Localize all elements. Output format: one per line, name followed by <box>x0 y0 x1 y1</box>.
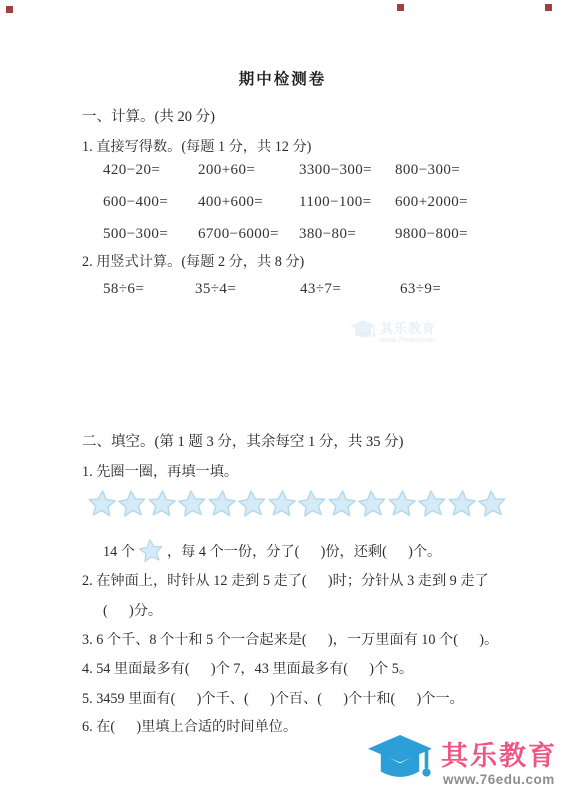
calc-vertical-label: 2. 用竖式计算。(每题 2 分，共 8 分) <box>82 251 304 271</box>
fill-blank-item-5: 5. 3459 里面有( )个千、( )个百、( )个十和( )个一。 <box>82 688 464 708</box>
equation: 6700−6000= <box>198 226 299 243</box>
equation: 35÷4= <box>195 281 300 298</box>
fill-blank-item-3: 3. 6 个千、8 个十和 5 个一合起来是( )，一万里面有 10 个( )。 <box>82 629 498 649</box>
star-icon <box>326 488 358 520</box>
mental-math-grid: 420−20= 200+60= 3300−300= 800−300= 600−4… <box>103 162 468 258</box>
star-icon <box>386 488 418 520</box>
equation: 63÷9= <box>400 281 441 298</box>
equation: 420−20= <box>103 162 198 179</box>
equation: 43÷7= <box>300 281 400 298</box>
equation: 3300−300= <box>299 162 395 179</box>
equation: 58÷6= <box>103 281 195 298</box>
watermark-brand-url: www.76edu.com <box>380 336 435 345</box>
equation: 1100−100= <box>299 194 395 211</box>
equation: 600−400= <box>103 194 198 211</box>
scan-artifact-mark <box>545 4 552 11</box>
star-icon <box>296 488 329 521</box>
fill-blank-item-1-label: 1. 先圈一圈，再填一填。 <box>82 461 238 481</box>
scan-artifact-mark <box>397 4 404 11</box>
star-icon <box>116 488 149 521</box>
item-1-line-suffix: ，每 4 个一份，分了( )份，还剩( )个。 <box>167 541 441 561</box>
equation: 800−300= <box>395 162 468 179</box>
inline-star-icon <box>137 537 166 566</box>
star-icon <box>236 488 269 521</box>
page-title: 期中检测卷 <box>0 67 565 89</box>
fill-blank-item-2-line-2: ( )分。 <box>103 600 162 620</box>
item-1-line-prefix: 14 个 <box>103 541 135 561</box>
equation: 400+600= <box>198 194 299 211</box>
star-icon <box>176 488 209 521</box>
star-icon <box>266 488 298 520</box>
star-icon <box>416 488 449 521</box>
watermark-brand-name: 其乐教育 <box>380 322 436 336</box>
calc-write-answers-label: 1. 直接写得数。(每题 1 分，共 12 分) <box>82 136 311 156</box>
section-1-header: 一、计算。(共 20 分) <box>82 105 215 126</box>
watermark-logo: 其乐教育 www.76edu.com <box>350 320 436 347</box>
star-icon <box>206 488 238 520</box>
section-2-header: 二、填空。(第 1 题 3 分，其余每空 1 分，共 35 分) <box>82 430 403 451</box>
fill-blank-item-1-line: 14 个 ，每 4 个一份，分了( )份，还剩( )个。 <box>103 538 441 564</box>
exam-page: 期中检测卷 一、计算。(共 20 分) 1. 直接写得数。(每题 1 分，共 1… <box>0 0 565 800</box>
equation: 600+2000= <box>395 194 468 211</box>
fill-blank-item-6: 6. 在( )里填上合适的时间单位。 <box>82 716 297 736</box>
brand-url: www.76edu.com <box>443 771 555 788</box>
brand-name: 其乐教育 <box>441 741 557 771</box>
star-icon <box>446 488 478 520</box>
scan-artifact-mark <box>6 6 13 13</box>
stars-row <box>87 488 507 520</box>
division-row: 58÷6= 35÷4= 43÷7= 63÷9= <box>103 281 441 298</box>
equation: 9800−800= <box>395 226 468 243</box>
equation: 380−80= <box>299 226 395 243</box>
star-icon <box>476 488 509 521</box>
fill-blank-item-4: 4. 54 里面最多有( )个 7，43 里面最多有( )个 5。 <box>82 658 413 678</box>
equation: 200+60= <box>198 162 299 179</box>
equation: 500−300= <box>103 226 198 243</box>
graduation-cap-icon <box>368 735 432 793</box>
star-icon <box>86 488 118 520</box>
fill-blank-item-2-line-1: 2. 在钟面上，时针从 12 走到 5 走了( )时；分针从 3 走到 9 走了 <box>82 570 489 590</box>
star-icon <box>146 488 178 520</box>
graduation-cap-icon <box>350 320 376 347</box>
brand-logo: 其乐教育 www.76edu.com <box>368 735 557 793</box>
star-icon <box>356 488 389 521</box>
